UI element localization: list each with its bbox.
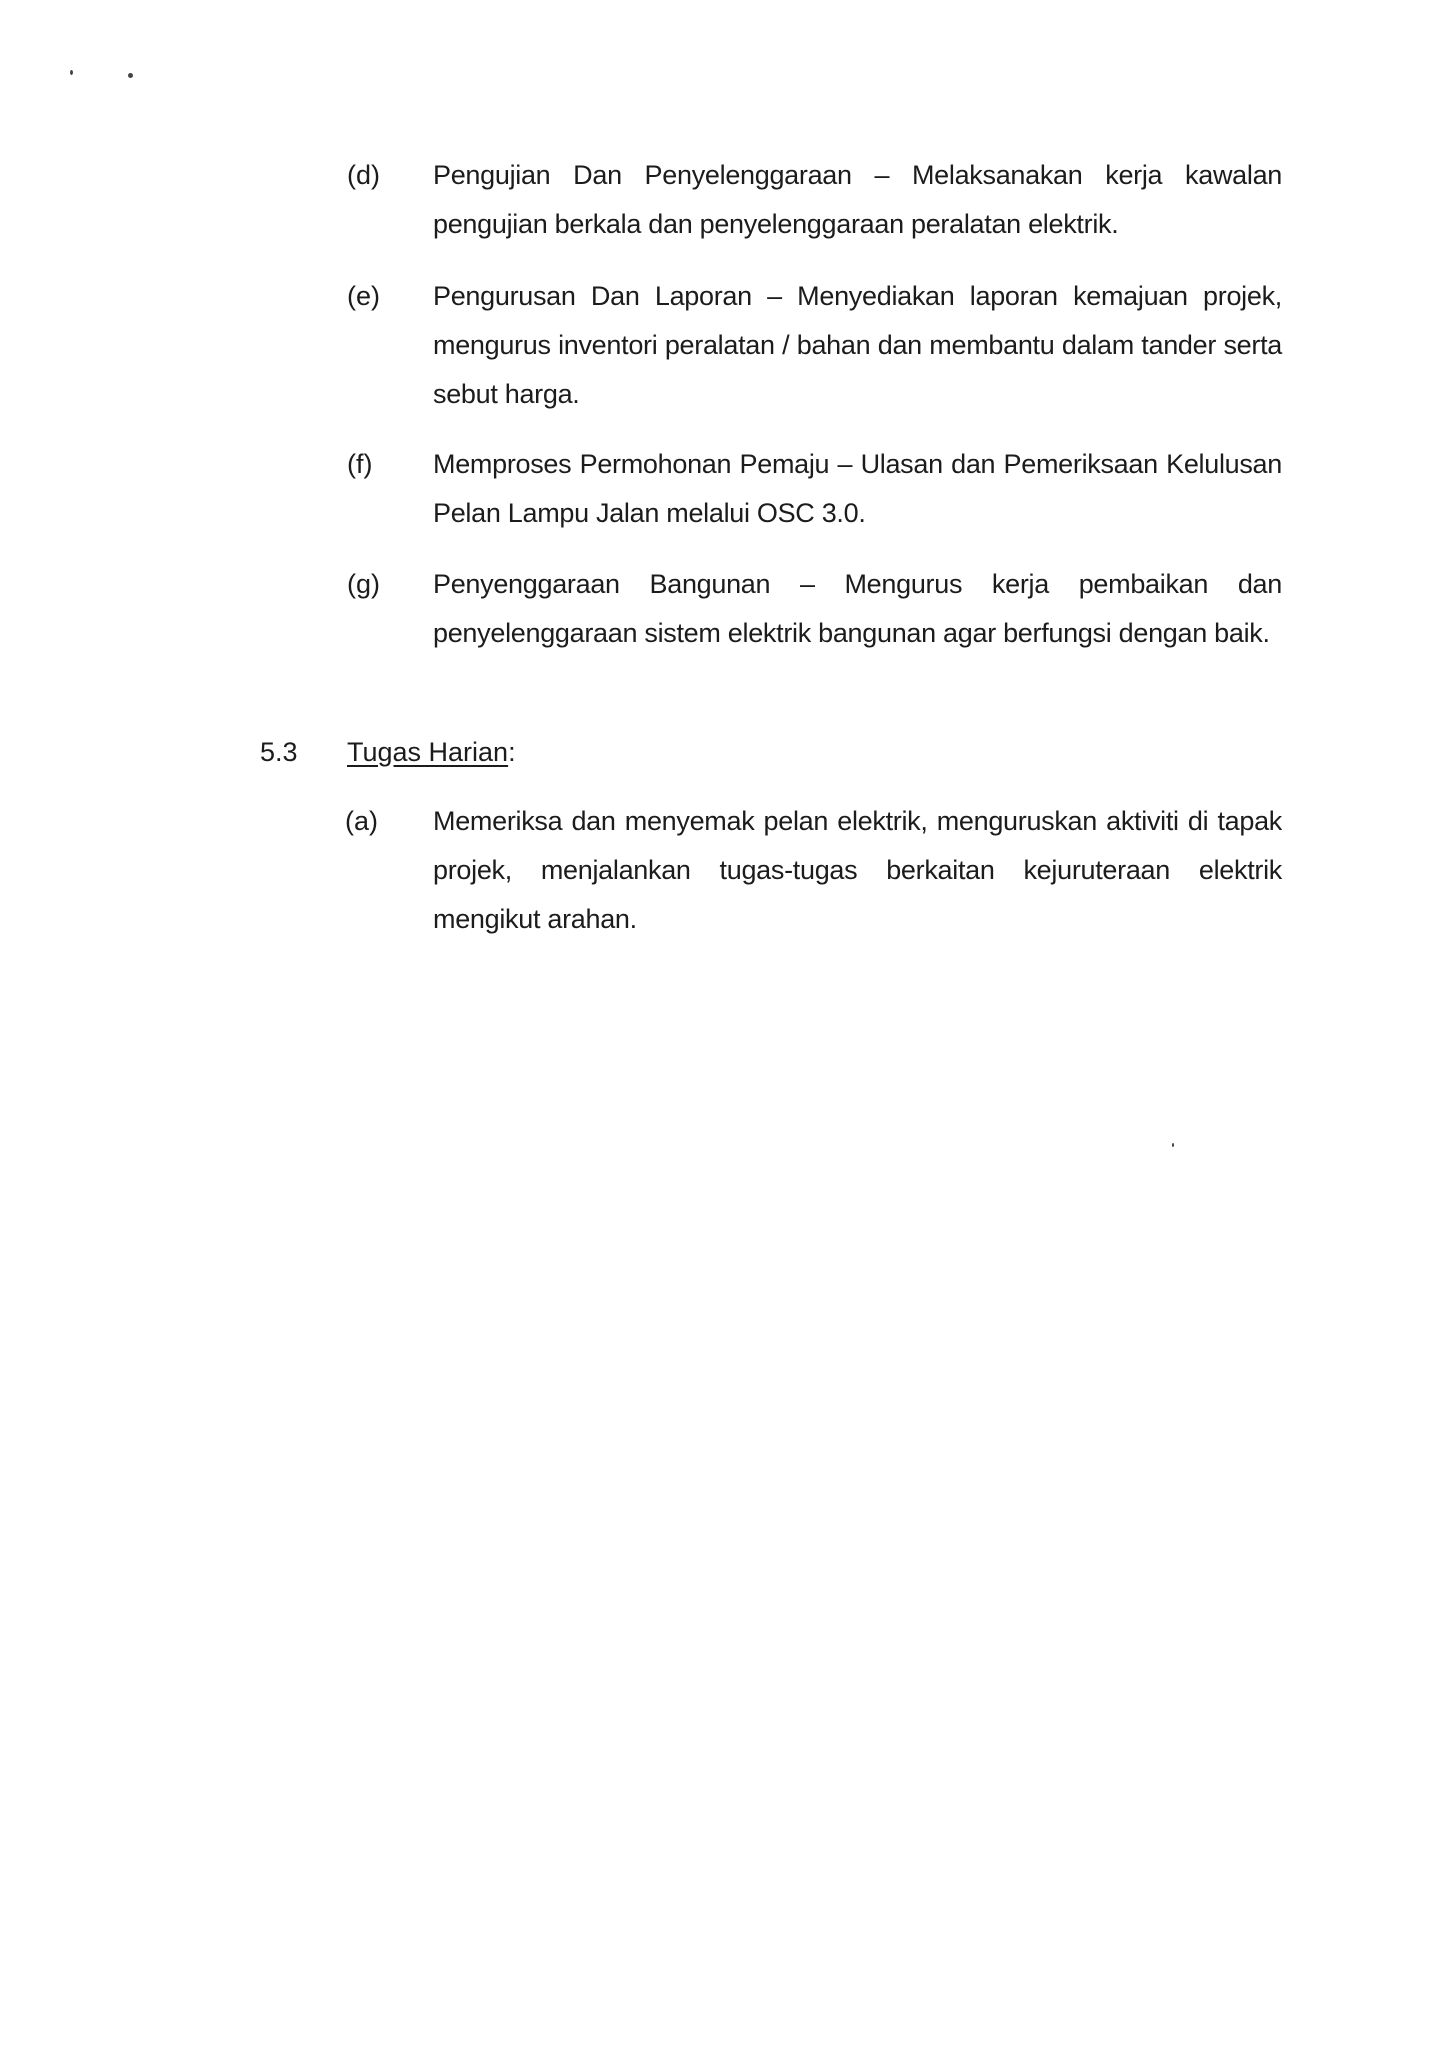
- scan-speck: [1172, 1143, 1174, 1147]
- scan-speck: [128, 73, 133, 78]
- section-title-suffix: :: [508, 737, 516, 767]
- section-number: 5.3: [260, 728, 298, 777]
- section-title: Tugas Harian:: [347, 728, 516, 777]
- item-text: Memeriksa dan menyemak pelan elektrik, m…: [433, 797, 1282, 944]
- section-title-text: Tugas Harian: [347, 737, 508, 767]
- item-label: (g): [347, 560, 380, 609]
- item-label: (f): [347, 440, 372, 489]
- document-page: (d) Pengujian Dan Penyelenggaraan – Mela…: [0, 0, 1448, 2048]
- scan-speck: [70, 70, 73, 75]
- item-text: Memproses Permohonan Pemaju – Ulasan dan…: [433, 440, 1282, 538]
- item-text: Pengujian Dan Penyelenggaraan – Melaksan…: [433, 151, 1282, 249]
- item-label: (a): [345, 797, 378, 846]
- item-label: (e): [347, 272, 380, 321]
- item-label: (d): [347, 151, 380, 200]
- item-text: Pengurusan Dan Laporan – Menyediakan lap…: [433, 272, 1282, 419]
- item-text: Penyenggaraan Bangunan – Mengurus kerja …: [433, 560, 1282, 658]
